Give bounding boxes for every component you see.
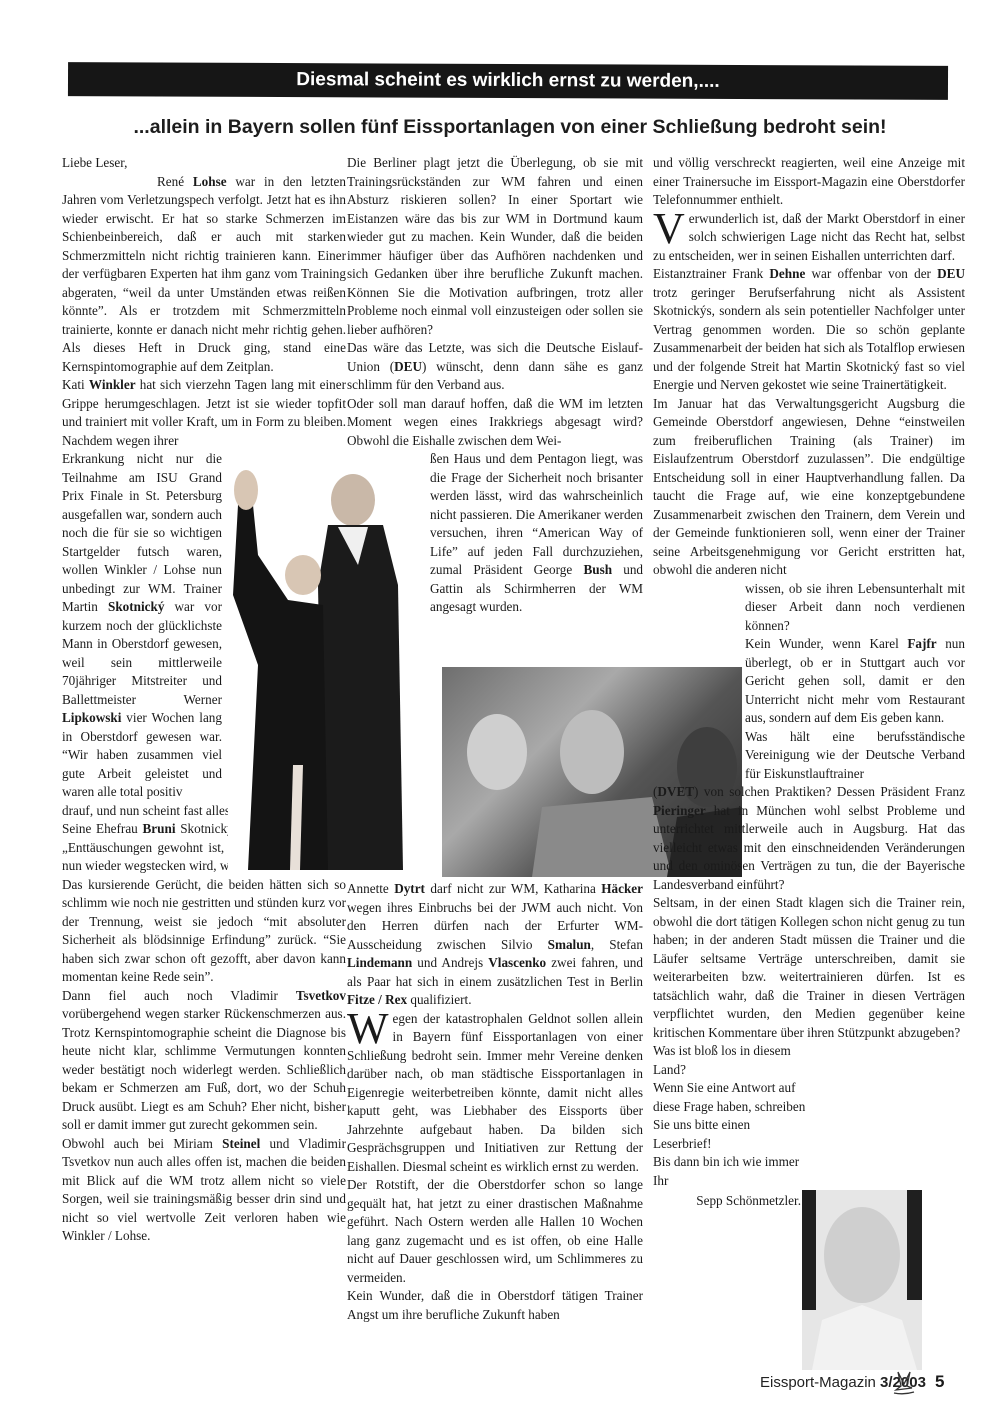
paragraph: und völlig verschreckt reagierten, weil … xyxy=(653,154,965,210)
paragraph-dropcap: Wegen der katastrophalen Geldnot sollen … xyxy=(347,1010,643,1177)
column-2-lower: Annette Dytrt darf nicht zur WM, Kathari… xyxy=(347,880,643,1324)
page-number: 5 xyxy=(935,1372,944,1392)
paragraph: (DVET) von solchen Praktiken? Dessen Prä… xyxy=(653,783,965,894)
paragraph: Seltsam, in der einen Stadt klagen sich … xyxy=(653,894,965,1042)
paragraph: Kein Wunder, daß die in Oberstdorf tätig… xyxy=(347,1287,643,1324)
column-3: und völlig verschreckt reagierten, weil … xyxy=(653,154,965,1211)
paragraph: Was hält eine berufsständische Vereinigu… xyxy=(745,728,965,784)
closing-block: Was ist bloß los in diesem Land? Wenn Si… xyxy=(653,1042,808,1211)
headline-banner: Diesmal scheint es wirklich ernst zu wer… xyxy=(68,62,948,100)
narrow-block: wissen, ob sie ihren Lebensunterhalt mit… xyxy=(745,580,965,784)
paragraph: Obwohl auch bei Miriam Steinel und Vladi… xyxy=(62,1135,346,1246)
paragraph: Der Rotstift, der die Oberstdorfer schon… xyxy=(347,1176,643,1287)
paragraph: Eistanztrainer Frank Dehne war offenbar … xyxy=(653,265,965,395)
subtitle: ...allein in Bayern sollen fünf Eissport… xyxy=(60,116,960,139)
paragraph: Kein Wunder, wenn Karel Fajfr nun überle… xyxy=(745,635,965,728)
skate-logo-icon xyxy=(890,1368,918,1396)
paragraph: Im Januar hat das Verwaltungsgericht Aug… xyxy=(653,395,965,580)
paragraph: Kati Winkler hat sich vierzehn Tagen lan… xyxy=(62,376,346,450)
paragraph-narrow: ßen Haus und dem Pentagon liegt, was die… xyxy=(430,450,643,617)
paragraph: wissen, ob sie ihren Lebensunterhalt mit… xyxy=(745,580,965,636)
author-portrait-photo xyxy=(802,1190,922,1370)
paragraph: Das wäre das Letzte, was sich die Deutsc… xyxy=(347,339,643,395)
paragraph: Oder soll man darauf hoffen, daß die WM … xyxy=(347,395,643,451)
paragraph: Die Berliner plagt jetzt die Überlegung,… xyxy=(347,154,643,339)
paragraph-narrow: Erkrankung nicht nur die Teilnahme am IS… xyxy=(62,450,222,802)
paragraph-dropcap: Verwunderlich ist, daß der Markt Oberstd… xyxy=(653,210,965,266)
greeting: Liebe Leser, xyxy=(62,154,346,173)
paragraph: Bis dann bin ich wie immer xyxy=(653,1153,808,1172)
paragraph: Das kursierende Gerücht, die beiden hätt… xyxy=(62,876,346,987)
drop-cap: V xyxy=(653,212,685,246)
column-2: Die Berliner plagt jetzt die Überlegung,… xyxy=(347,154,643,617)
paragraph: Wenn Sie eine Antwort auf diese Frage ha… xyxy=(653,1079,808,1153)
paragraph: Was ist bloß los in diesem Land? xyxy=(653,1042,808,1079)
paragraph: Annette Dytrt darf nicht zur WM, Kathari… xyxy=(347,880,643,1010)
paragraph: René Lohse war in den letzten Jahren vom… xyxy=(62,173,346,377)
drop-cap: W xyxy=(347,1012,389,1046)
paragraph: Dann fiel auch noch Vladimir Tsvetkov vo… xyxy=(62,987,346,1135)
signature: Sepp Schönmetzler. xyxy=(653,1192,801,1211)
paragraph: Ihr xyxy=(653,1172,808,1191)
